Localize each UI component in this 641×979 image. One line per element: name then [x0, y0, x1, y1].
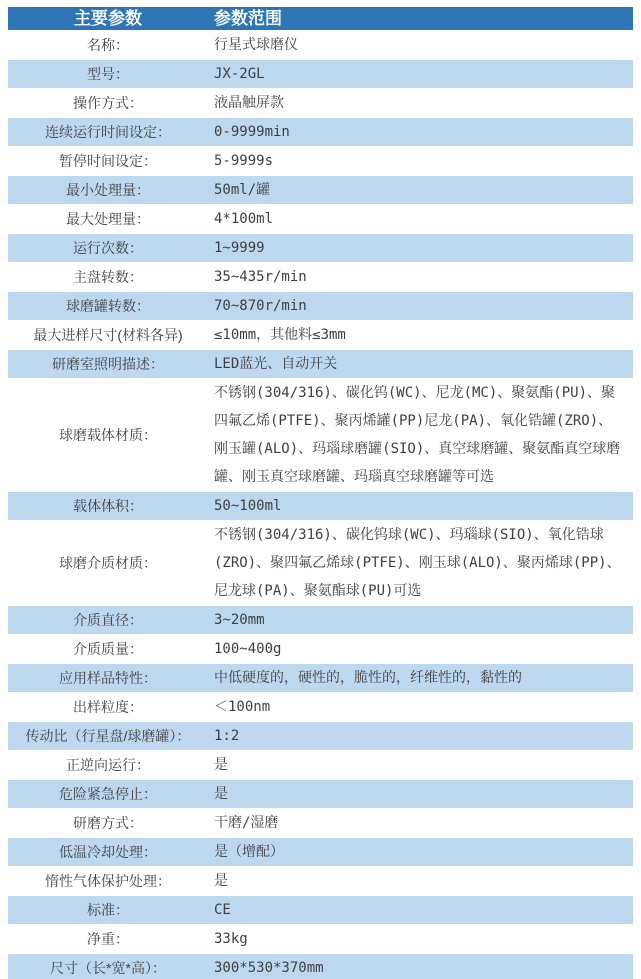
table-row: 暂停时间设定：5-9999s [8, 147, 633, 176]
param-value-cell: 50ml/罐 [208, 176, 633, 205]
param-value-cell: 是 [208, 867, 633, 896]
param-label-cell: 传动比（行星盘/球磨罐）： [8, 722, 208, 751]
param-label-cell: 球磨介质材质： [8, 521, 208, 606]
table-row: 应用样品特性：中低硬度的，硬性的，脆性的，纤维性的，黏性的 [8, 664, 633, 693]
param-label-cell: 正逆向运行： [8, 751, 208, 780]
param-value-cell: 0-9999min [208, 118, 633, 147]
param-label-cell: 球磨载体材质： [8, 379, 208, 492]
table-row: 球磨罐转数：70~870r/min [8, 292, 633, 321]
param-label-cell: 主盘转数： [8, 263, 208, 292]
param-label-cell: 最大处理量： [8, 205, 208, 234]
header-row: 主要参数 参数范围 [8, 7, 633, 31]
param-label-cell: 运行次数： [8, 234, 208, 263]
param-value-cell: ＜100nm [208, 693, 633, 722]
table-row: 低温冷却处理：是（增配） [8, 838, 633, 867]
table-row: 最大处理量：4*100ml [8, 205, 633, 234]
param-value-cell: 50~100ml [208, 492, 633, 521]
param-value-cell: CE [208, 896, 633, 925]
table-row: 最小处理量：50ml/罐 [8, 176, 633, 205]
param-value-cell: 是 [208, 751, 633, 780]
table-row: 连续运行时间设定：0-9999min [8, 118, 633, 147]
table-row: 操作方式：液晶触屏款 [8, 89, 633, 118]
param-label-cell: 出样粒度： [8, 693, 208, 722]
table-row: 介质质量：100~400g [8, 635, 633, 664]
param-value-cell: 35~435r/min [208, 263, 633, 292]
param-value-cell: 不锈钢(304/316)、碳化钨(WC)、尼龙(MC)、聚氨酯(PU)、聚四氟乙… [208, 379, 633, 492]
param-label-cell: 净重： [8, 925, 208, 954]
param-value-cell: 300*530*370mm [208, 954, 633, 979]
param-value-cell: 1~9999 [208, 234, 633, 263]
table-row: 运行次数：1~9999 [8, 234, 633, 263]
param-label-cell: 暂停时间设定： [8, 147, 208, 176]
header-main-param: 主要参数 [8, 7, 208, 31]
table-row: 主盘转数：35~435r/min [8, 263, 633, 292]
table-row: 研磨室照明描述：LED蓝光、自动开关 [8, 350, 633, 379]
param-label-cell: 标准： [8, 896, 208, 925]
param-value-cell: 液晶触屏款 [208, 89, 633, 118]
table-row: 净重：33kg [8, 925, 633, 954]
param-label-cell: 介质直径： [8, 606, 208, 635]
table-row: 载体体积：50~100ml [8, 492, 633, 521]
param-value-cell: 1:2 [208, 722, 633, 751]
table-row: 球磨载体材质：不锈钢(304/316)、碳化钨(WC)、尼龙(MC)、聚氨酯(P… [8, 379, 633, 492]
param-label-cell: 尺寸（长*宽*高）： [8, 954, 208, 979]
param-value-cell: JX-2GL [208, 60, 633, 89]
table-row: 传动比（行星盘/球磨罐）：1:2 [8, 722, 633, 751]
param-label-cell: 最小处理量： [8, 176, 208, 205]
table-row: 介质直径：3~20mm [8, 606, 633, 635]
param-label-cell: 操作方式： [8, 89, 208, 118]
table-row: 最大进样尺寸(材料各异)≤10mm，其他料≤3mm [8, 321, 633, 350]
param-value-cell: 33kg [208, 925, 633, 954]
param-label-cell: 惰性气体保护处理： [8, 867, 208, 896]
param-value-cell: 干磨/湿磨 [208, 809, 633, 838]
table-row: 危险紧急停止：是 [8, 780, 633, 809]
header-param-range: 参数范围 [208, 7, 633, 31]
table-row: 球磨介质材质：不锈钢(304/316)、碳化钨球(WC)、玛瑙球(SIO)、氧化… [8, 521, 633, 606]
table-row: 惰性气体保护处理：是 [8, 867, 633, 896]
spec-table: 主要参数 参数范围 名称：行星式球磨仪型号：JX-2GL操作方式：液晶触屏款连续… [8, 7, 633, 979]
param-label-cell: 应用样品特性： [8, 664, 208, 693]
param-label-cell: 低温冷却处理： [8, 838, 208, 867]
param-value-cell: 5-9999s [208, 147, 633, 176]
param-value-cell: 是（增配） [208, 838, 633, 867]
param-value-cell: 4*100ml [208, 205, 633, 234]
param-value-cell: 不锈钢(304/316)、碳化钨球(WC)、玛瑙球(SIO)、氧化锆球(ZRO)… [208, 521, 633, 606]
param-value-cell: 中低硬度的，硬性的，脆性的，纤维性的，黏性的 [208, 664, 633, 693]
param-label-cell: 介质质量： [8, 635, 208, 664]
param-label-cell: 名称： [8, 31, 208, 60]
param-value-cell: ≤10mm，其他料≤3mm [208, 321, 633, 350]
param-value-cell: 是 [208, 780, 633, 809]
param-label-cell: 型号： [8, 60, 208, 89]
table-row: 正逆向运行：是 [8, 751, 633, 780]
table-row: 标准：CE [8, 896, 633, 925]
param-value-cell: 行星式球磨仪 [208, 31, 633, 60]
param-label-cell: 连续运行时间设定： [8, 118, 208, 147]
param-value-cell: LED蓝光、自动开关 [208, 350, 633, 379]
param-label-cell: 最大进样尺寸(材料各异) [8, 321, 208, 350]
table-row: 名称：行星式球磨仪 [8, 31, 633, 60]
param-label-cell: 危险紧急停止： [8, 780, 208, 809]
param-label-cell: 球磨罐转数： [8, 292, 208, 321]
table-row: 尺寸（长*宽*高）：300*530*370mm [8, 954, 633, 979]
param-value-cell: 3~20mm [208, 606, 633, 635]
param-label-cell: 研磨室照明描述： [8, 350, 208, 379]
param-label-cell: 研磨方式： [8, 809, 208, 838]
table-row: 出样粒度：＜100nm [8, 693, 633, 722]
param-value-cell: 70~870r/min [208, 292, 633, 321]
spec-page: 主要参数 参数范围 名称：行星式球磨仪型号：JX-2GL操作方式：液晶触屏款连续… [0, 0, 641, 979]
param-label-cell: 载体体积： [8, 492, 208, 521]
table-row: 研磨方式：干磨/湿磨 [8, 809, 633, 838]
spec-table-body: 名称：行星式球磨仪型号：JX-2GL操作方式：液晶触屏款连续运行时间设定：0-9… [8, 31, 633, 979]
table-row: 型号：JX-2GL [8, 60, 633, 89]
param-value-cell: 100~400g [208, 635, 633, 664]
